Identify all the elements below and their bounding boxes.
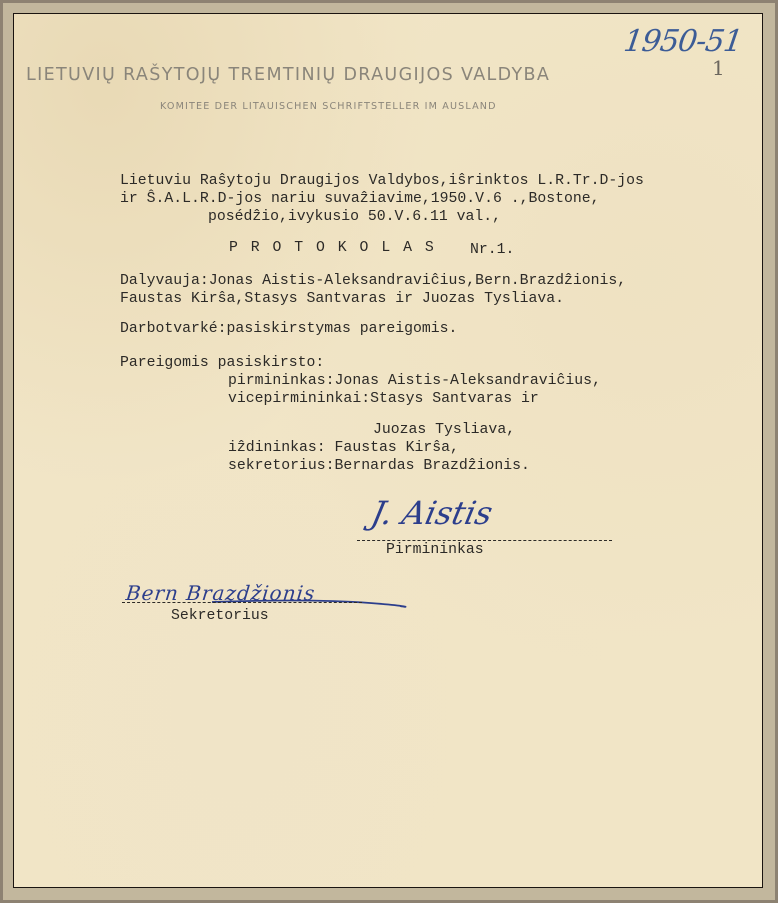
chairman-title: Pirmininkas	[386, 541, 484, 559]
intro-line-1: Lietuviu Raŝytoju Draugijos Valdybos,iŝr…	[120, 172, 644, 190]
handwritten-year-annotation: 1950-51	[622, 24, 745, 59]
secretary-title: Sekretorius	[171, 607, 269, 625]
participants-line-2: Faustas Kirŝa,Stasys Santvaras ir Juozas…	[120, 290, 564, 308]
role-treasurer: iẑdininkas: Faustas Kirŝa,	[228, 439, 459, 457]
chairman-signature: J. Aistis	[368, 494, 496, 532]
protocol-number: Nr.1.	[470, 241, 514, 259]
letterhead-subtitle: KOMITEE DER LITAUISCHEN SCHRIFTSTELLER I…	[160, 101, 497, 112]
role-vice-chairmen-cont: Juozas Tysliava,	[373, 421, 515, 439]
participants-line-1: Dalyvauja:Jonas Aistis-Aleksandraviĉius,…	[120, 272, 626, 290]
role-chairman: pirmininkas:Jonas Aistis-Aleksandraviĉiu…	[228, 372, 601, 390]
agenda-line: Darbotvarké:pasiskirstymas pareigomis.	[120, 320, 457, 338]
handwritten-page-number: 1	[712, 56, 725, 80]
letterhead-title: LIETUVIŲ RAŠYTOJŲ TREMTINIŲ DRAUGIJOS VA…	[26, 65, 550, 85]
intro-line-3: posédẑio,ivykusio 50.V.6.11 val.,	[208, 208, 501, 226]
intro-line-2: ir Ŝ.A.L.R.D-jos nariu suvaẑiavime,1950.…	[120, 190, 600, 208]
secretary-signature-line	[122, 602, 362, 603]
role-vice-chairmen: vicepirmininkai:Stasys Santvaras ir	[228, 390, 539, 408]
roles-intro: Pareigomis pasiskirsto:	[120, 354, 324, 372]
protocol-heading: P R O T O K O L A S	[229, 239, 434, 257]
role-secretary: sekretorius:Bernardas Brazdẑionis.	[228, 457, 530, 475]
